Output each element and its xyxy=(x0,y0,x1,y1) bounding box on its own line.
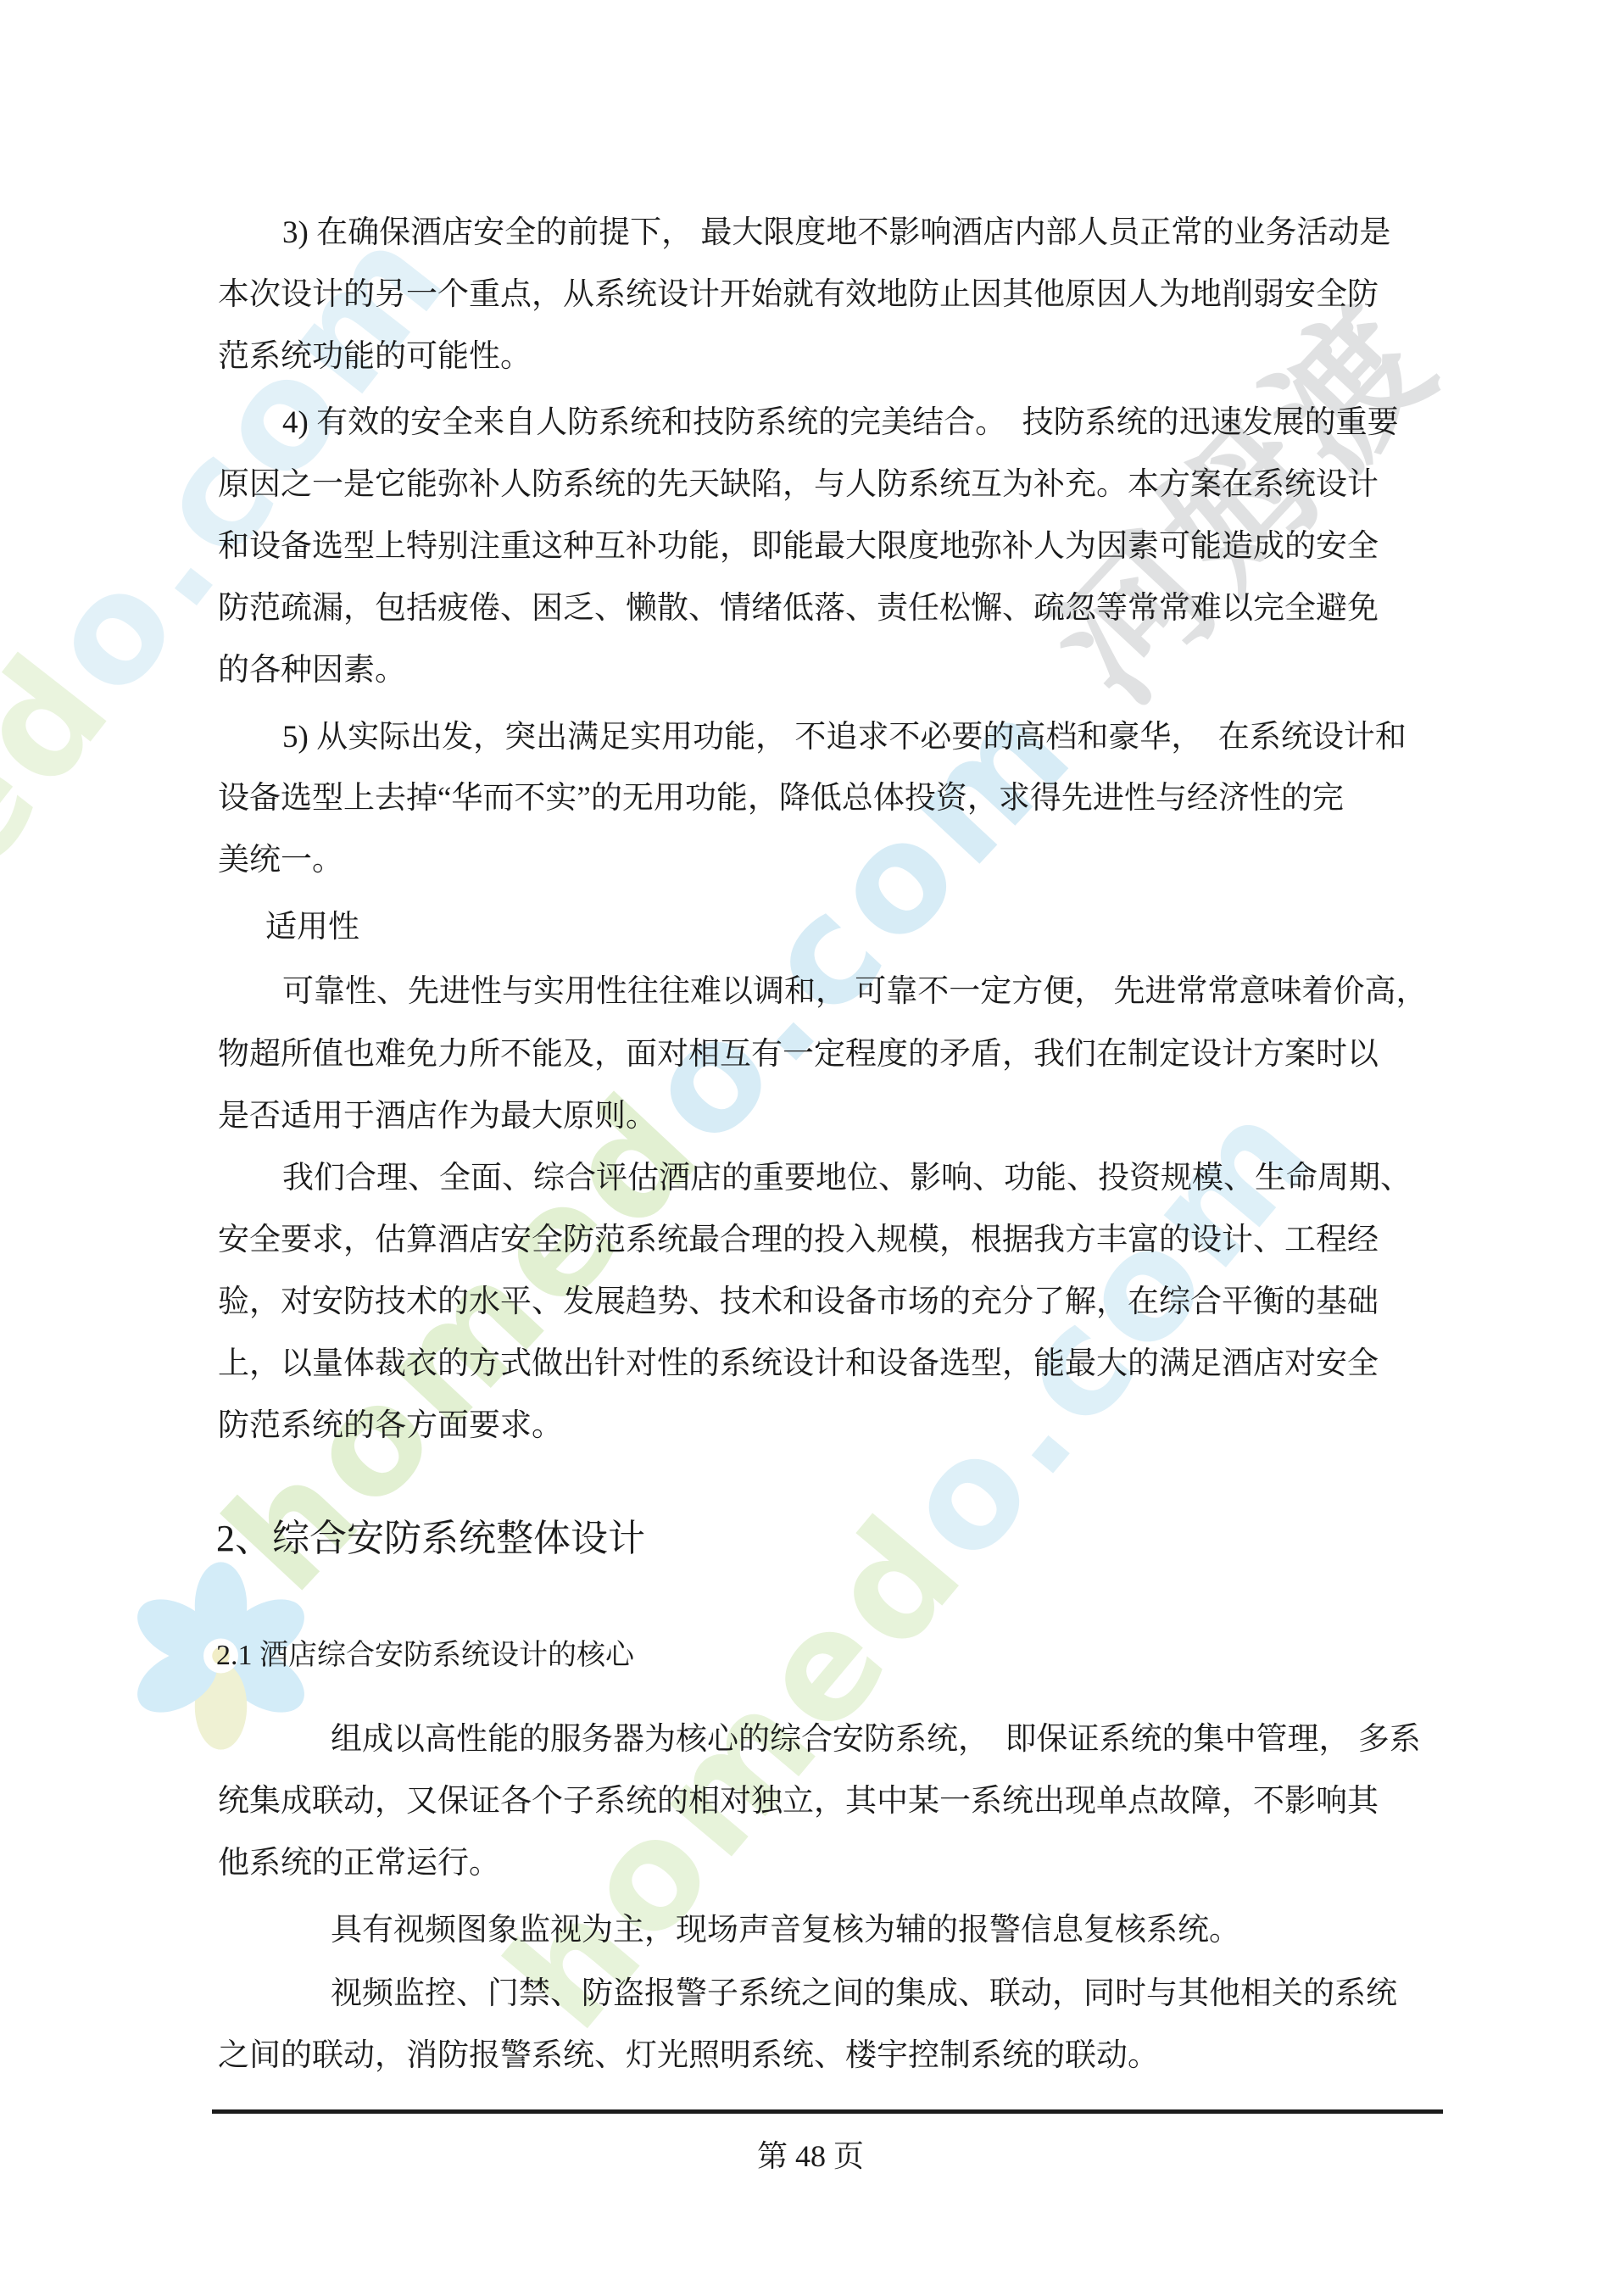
body-line: 防范疏漏，包括疲倦、困乏、懒散、情绪低落、责任松懈、疏忽等常常难以完全避免 xyxy=(218,590,1379,627)
watermark-latin-cyan: o.com xyxy=(12,191,483,727)
footer-rule xyxy=(212,2109,1443,2114)
body-line: 本次设计的另一个重点，从系统设计开始就有效地防止因其他原因人为地削弱安全防 xyxy=(218,276,1379,314)
body-line: 适用性 xyxy=(265,909,359,946)
subsection-heading: 2.1 酒店综合安防系统设计的核心 xyxy=(216,1631,634,1673)
body-line: 视频监控、门禁、防盗报警子系统之间的集成、联动，同时与其他相关的系统 xyxy=(331,1976,1397,2013)
body-line: 上，以量体裁衣的方式做出针对性的系统设计和设备选型，能最大的满足酒店对安全 xyxy=(218,1346,1379,1383)
body-line: 是否适用于酒店作为最大原则。 xyxy=(218,1098,657,1135)
body-line: 安全要求，估算酒店安全防范系统最合理的投入规模，根据我方丰富的设计、工程经 xyxy=(218,1222,1379,1259)
body-line: 原因之一是它能弥补人防系统的先天缺陷，与人防系统互为补充。本方案在系统设计 xyxy=(218,466,1379,504)
body-line: 验，对安防技术的水平、发展趋势、技术和设备市场的充分了解，在综合平衡的基础 xyxy=(218,1284,1379,1321)
body-line: 物超所值也难免力所不能及，面对相互有一定程度的矛盾，我们在制定设计方案时以 xyxy=(218,1036,1379,1073)
body-line: 统集成联动，又保证各个子系统的相对独立，其中某一系统出现单点故障，不影响其 xyxy=(218,1783,1379,1820)
body-line: 范系统功能的可能性。 xyxy=(218,338,532,376)
watermark-latin-green: homed xyxy=(0,621,148,1208)
page-number: 第 48 页 xyxy=(0,2132,1621,2176)
body-line: 可靠性、先进性与实用性往往难以调和， 可靠不一定方便， 先进常常意味着价高， xyxy=(282,973,1428,1011)
body-line: 4) 有效的安全来自人防系统和技防系统的完美结合。 技防系统的迅速发展的重要 xyxy=(282,404,1399,442)
body-line: 之间的联动，消防报警系统、灯光照明系统、楼宇控制系统的联动。 xyxy=(218,2037,1159,2075)
watermark-latin-cyan: o.com xyxy=(868,1064,1351,1592)
body-line: 我们合理、全面、综合评估酒店的重要地位、影响、功能、投资规模、生命周期、 xyxy=(282,1160,1412,1197)
body-line: 的各种因素。 xyxy=(218,652,406,689)
body-line: 组成以高性能的服务器为核心的综合安防系统， 即保证系统的集中管理， 多系 xyxy=(331,1721,1421,1758)
body-line: 防范系统的各方面要求。 xyxy=(218,1407,563,1445)
watermark-latin-green: homed xyxy=(475,1482,1000,2061)
body-line: 设备选型上去掉“华而不实”的无用功能，降低总体投资，求得先进性与经济性的完 xyxy=(218,780,1344,817)
body-line: 具有视频图象监视为主，现场声音复核为辅的报警信息复核系统。 xyxy=(331,1912,1240,1949)
body-line: 美统一。 xyxy=(218,842,343,879)
section-heading: 2、综合安防系统整体设计 xyxy=(216,1507,645,1562)
document-page: { "lines": [ {"text": "3) 在确保酒店安全的前提下， 最… xyxy=(0,0,1621,2296)
body-line: 和设备选型上特别注重这种互补功能，即能最大限度地弥补人为因素可能造成的安全 xyxy=(218,528,1379,566)
body-line: 3) 在确保酒店安全的前提下， 最大限度地不影响酒店内部人员正常的业务活动是 xyxy=(282,215,1390,252)
body-line: 5) 从实际出发，突出满足实用功能， 不追求不必要的高档和豪华， 在系统设计和 xyxy=(282,719,1407,756)
body-line: 他系统的正常运行。 xyxy=(218,1845,500,1882)
